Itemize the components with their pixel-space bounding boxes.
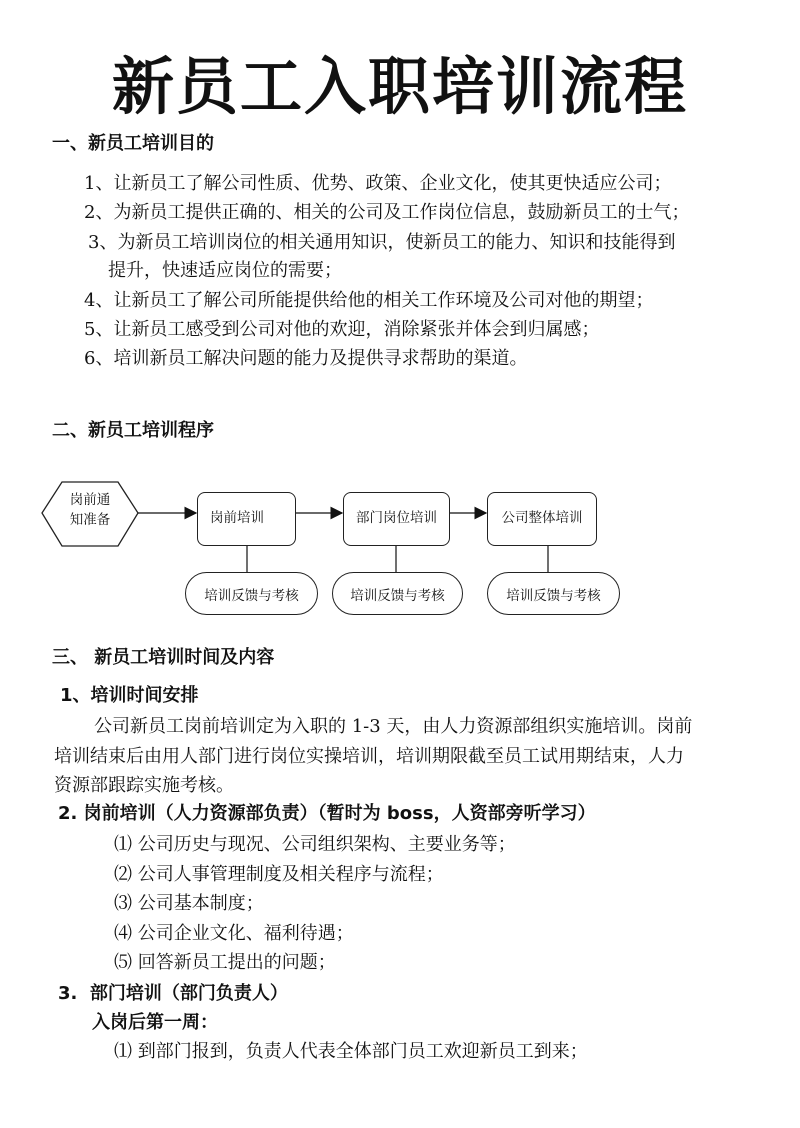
feedback-node-3: 培训反馈与考核 xyxy=(487,572,620,615)
step-label: 部门岗位培训 xyxy=(344,506,449,526)
sub3-week-label: 入岗后第一周： xyxy=(92,1011,218,1035)
section2-heading: 二、新员工培训程序 xyxy=(52,419,214,443)
section3-heading: 三、 新员工培训时间及内容 xyxy=(52,646,274,670)
sub1-line-1: 公司新员工岗前培训定为入职的 1-3 天，由人力资源部组织实施培训。岗前 xyxy=(94,713,692,741)
step-node-company: 公司整体培训 xyxy=(487,492,597,546)
purpose-item-3: 3、为新员工培训岗位的相关通用知识，使新员工的能力、知识和技能得到 xyxy=(88,229,675,257)
step-label: 岗前培训 xyxy=(198,506,295,526)
section1-heading: 一、新员工培训目的 xyxy=(52,132,214,156)
sub2-item-2: ⑵ 公司人事管理制度及相关程序与流程； xyxy=(114,861,444,889)
sub2-item-5: ⑸ 回答新员工提出的问题； xyxy=(114,949,336,977)
purpose-item-1: 1、让新员工了解公司性质、优势、政策、企业文化，使其更快适应公司； xyxy=(84,170,671,198)
start-node-line2: 知准备 xyxy=(58,510,122,530)
sub2-item-3: ⑶ 公司基本制度； xyxy=(114,890,264,918)
sub3-heading: 3. 部门培训（部门负责人） xyxy=(58,982,288,1006)
sub2-heading: 2. 岗前培训（人力资源部负责）（暂时为 boss，人资部旁听学习） xyxy=(58,802,596,826)
step-node-pre-job: 岗前培训 xyxy=(197,492,296,546)
feedback-node-2: 培训反馈与考核 xyxy=(332,572,463,615)
sub3-item-1: ⑴ 到部门报到，负责人代表全体部门员工欢迎新员工到来； xyxy=(114,1038,588,1066)
purpose-item-5: 5、让新员工感受到公司对他的欢迎，消除紧张并体会到归属感； xyxy=(84,316,599,344)
purpose-item-4: 4、让新员工了解公司所能提供给他的相关工作环境及公司对他的期望； xyxy=(84,287,653,315)
step-node-department: 部门岗位培训 xyxy=(343,492,450,546)
sub1-line-2: 培训结束后由用人部门进行岗位实操培训，培训期限截至员工试用期结束，人力 xyxy=(54,743,684,771)
start-node-line1: 岗前通 xyxy=(58,490,122,510)
sub1-heading: 1、培训时间安排 xyxy=(60,684,199,708)
purpose-item-3-cont: 提升，快速适应岗位的需要； xyxy=(108,257,342,285)
step-label: 公司整体培训 xyxy=(488,506,596,526)
sub2-item-4: ⑷ 公司企业文化、福利待遇； xyxy=(114,920,354,948)
sub2-item-1: ⑴ 公司历史与现况、公司组织架构、主要业务等； xyxy=(114,831,516,859)
training-flow-diagram: 岗前通 知准备 岗前培训 部门岗位培训 公司整体培训 培训反馈与考核 培训反馈与… xyxy=(0,470,800,630)
start-node: 岗前通 知准备 xyxy=(58,490,122,530)
purpose-item-6: 6、培训新员工解决问题的能力及提供寻求帮助的渠道。 xyxy=(84,345,527,373)
purpose-item-2: 2、为新员工提供正确的、相关的公司及工作岗位信息，鼓励新员工的士气； xyxy=(84,199,689,227)
document-title: 新员工入职培训流程 xyxy=(0,52,800,122)
feedback-node-1: 培训反馈与考核 xyxy=(185,572,318,615)
sub1-line-3: 资源部跟踪实施考核。 xyxy=(54,772,234,800)
